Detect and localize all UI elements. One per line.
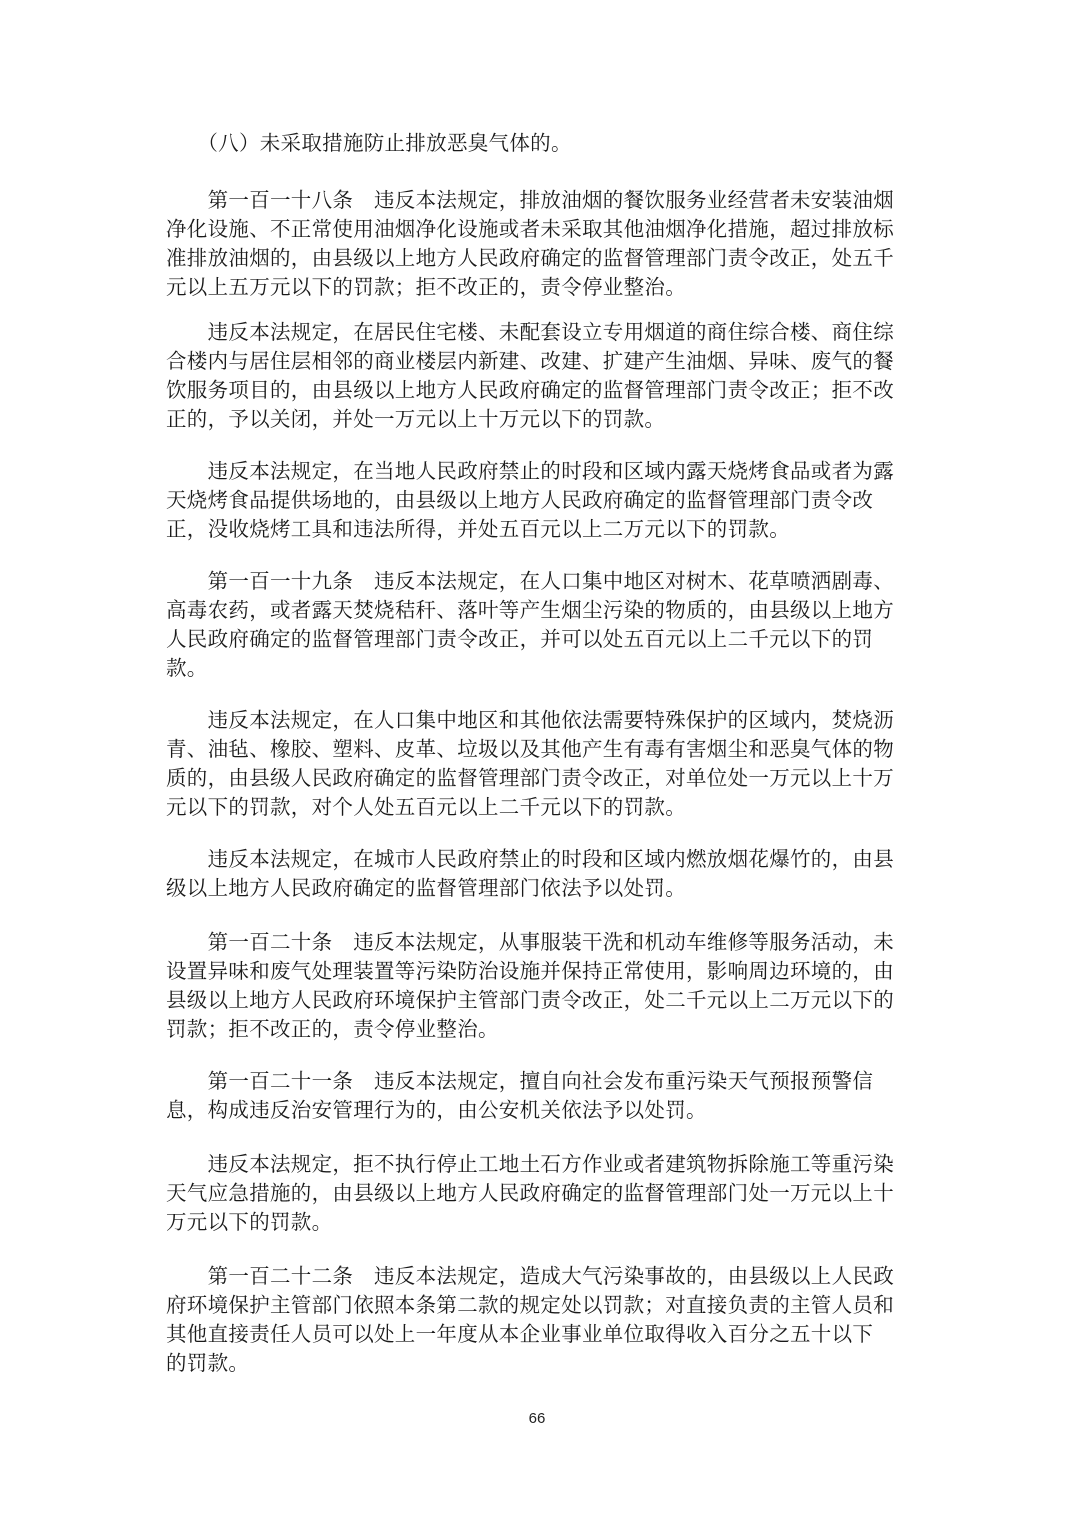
paragraph-article-120: 第一百二十条 违反本法规定，从事服装干洗和机动车维修等服务活动，未 设置异味和废… xyxy=(166,928,916,1044)
text-line: 府环境保护主管部门依照本条第二款的规定处以罚款；对直接负责的主管人员和 xyxy=(166,1291,916,1320)
text-line: 违反本法规定，在城市人民政府禁止的时段和区域内燃放烟花爆竹的，由县 xyxy=(166,845,916,874)
text-line: 息，构成违反治安管理行为的，由公安机关依法予以处罚。 xyxy=(166,1096,916,1125)
text-line: 第一百二十条 违反本法规定，从事服装干洗和机动车维修等服务活动，未 xyxy=(166,928,916,957)
text-line: 设置异味和废气处理装置等污染防治设施并保持正常使用，影响周边环境的，由 xyxy=(166,957,916,986)
text-line: 质的，由县级人民政府确定的监督管理部门责令改正，对单位处一万元以上十万 xyxy=(166,764,916,793)
text-line: 其他直接责任人员可以处上一年度从本企业事业单位取得收入百分之五十以下 xyxy=(166,1320,916,1349)
document-page: （八）未采取措施防止排放恶臭气体的。 第一百一十八条 违反本法规定，排放油烟的餐… xyxy=(0,0,1074,1520)
text-line: 元以上五万元以下的罚款；拒不改正的，责令停业整治。 xyxy=(166,273,916,302)
text-line: 元以下的罚款，对个人处五百元以上二千元以下的罚款。 xyxy=(166,793,916,822)
text-line: 人民政府确定的监督管理部门责令改正，并可以处五百元以上二千元以下的罚 xyxy=(166,625,916,654)
paragraph-article-121: 第一百二十一条 违反本法规定，擅自向社会发布重污染天气预报预警信 息，构成违反治… xyxy=(166,1067,916,1125)
text-line: 第一百二十一条 违反本法规定，擅自向社会发布重污染天气预报预警信 xyxy=(166,1067,916,1096)
text-line: 准排放油烟的，由县级以上地方人民政府确定的监督管理部门责令改正，处五千 xyxy=(166,244,916,273)
paragraph-item-8: （八）未采取措施防止排放恶臭气体的。 xyxy=(166,129,916,158)
text-line: 第一百一十九条 违反本法规定，在人口集中地区对树木、花草喷洒剧毒、 xyxy=(166,567,916,596)
paragraph-article-121-clause-2: 违反本法规定，拒不执行停止工地土石方作业或者建筑物拆除施工等重污染 天气应急措施… xyxy=(166,1150,916,1237)
paragraph-article-118-clause-2: 违反本法规定，在居民住宅楼、未配套设立专用烟道的商住综合楼、商住综 合楼内与居住… xyxy=(166,318,916,434)
text-line: 第一百二十二条 违反本法规定，造成大气污染事故的，由县级以上人民政 xyxy=(166,1262,916,1291)
text-line: 第一百一十八条 违反本法规定，排放油烟的餐饮服务业经营者未安装油烟 xyxy=(166,186,916,215)
paragraph-article-118: 第一百一十八条 违反本法规定，排放油烟的餐饮服务业经营者未安装油烟 净化设施、不… xyxy=(166,186,916,302)
text-line: 款。 xyxy=(166,654,916,683)
paragraph-article-119: 第一百一十九条 违反本法规定，在人口集中地区对树木、花草喷洒剧毒、 高毒农药，或… xyxy=(166,567,916,683)
text-line: 的罚款。 xyxy=(166,1349,916,1378)
text-line: （八）未采取措施防止排放恶臭气体的。 xyxy=(166,129,916,158)
text-line: 正，没收烧烤工具和违法所得，并处五百元以上二万元以下的罚款。 xyxy=(166,515,916,544)
text-line: 级以上地方人民政府确定的监督管理部门依法予以处罚。 xyxy=(166,874,916,903)
text-line: 天烧烤食品提供场地的，由县级以上地方人民政府确定的监督管理部门责令改 xyxy=(166,486,916,515)
text-line: 青、油毡、橡胶、塑料、皮革、垃圾以及其他产生有毒有害烟尘和恶臭气体的物 xyxy=(166,735,916,764)
paragraph-article-119-clause-2: 违反本法规定，在人口集中地区和其他依法需要特殊保护的区域内，焚烧沥 青、油毡、橡… xyxy=(166,706,916,822)
text-line: 高毒农药，或者露天焚烧秸秆、落叶等产生烟尘污染的物质的，由县级以上地方 xyxy=(166,596,916,625)
text-line: 合楼内与居住层相邻的商业楼层内新建、改建、扩建产生油烟、异味、废气的餐 xyxy=(166,347,916,376)
text-line: 天气应急措施的，由县级以上地方人民政府确定的监督管理部门处一万元以上十 xyxy=(166,1179,916,1208)
text-line: 违反本法规定，在人口集中地区和其他依法需要特殊保护的区域内，焚烧沥 xyxy=(166,706,916,735)
text-line: 饮服务项目的，由县级以上地方人民政府确定的监督管理部门责令改正；拒不改 xyxy=(166,376,916,405)
text-line: 县级以上地方人民政府环境保护主管部门责令改正，处二千元以上二万元以下的 xyxy=(166,986,916,1015)
paragraph-article-119-clause-3: 违反本法规定，在城市人民政府禁止的时段和区域内燃放烟花爆竹的，由县 级以上地方人… xyxy=(166,845,916,903)
text-line: 违反本法规定，在当地人民政府禁止的时段和区域内露天烧烤食品或者为露 xyxy=(166,457,916,486)
page-number: 66 xyxy=(0,1410,1074,1427)
text-line: 违反本法规定，拒不执行停止工地土石方作业或者建筑物拆除施工等重污染 xyxy=(166,1150,916,1179)
text-line: 违反本法规定，在居民住宅楼、未配套设立专用烟道的商住综合楼、商住综 xyxy=(166,318,916,347)
paragraph-article-122: 第一百二十二条 违反本法规定，造成大气污染事故的，由县级以上人民政 府环境保护主… xyxy=(166,1262,916,1378)
text-line: 万元以下的罚款。 xyxy=(166,1208,916,1237)
text-line: 净化设施、不正常使用油烟净化设施或者未采取其他油烟净化措施，超过排放标 xyxy=(166,215,916,244)
text-line: 正的，予以关闭，并处一万元以上十万元以下的罚款。 xyxy=(166,405,916,434)
paragraph-article-118-clause-3: 违反本法规定，在当地人民政府禁止的时段和区域内露天烧烤食品或者为露 天烧烤食品提… xyxy=(166,457,916,544)
text-line: 罚款；拒不改正的，责令停业整治。 xyxy=(166,1015,916,1044)
